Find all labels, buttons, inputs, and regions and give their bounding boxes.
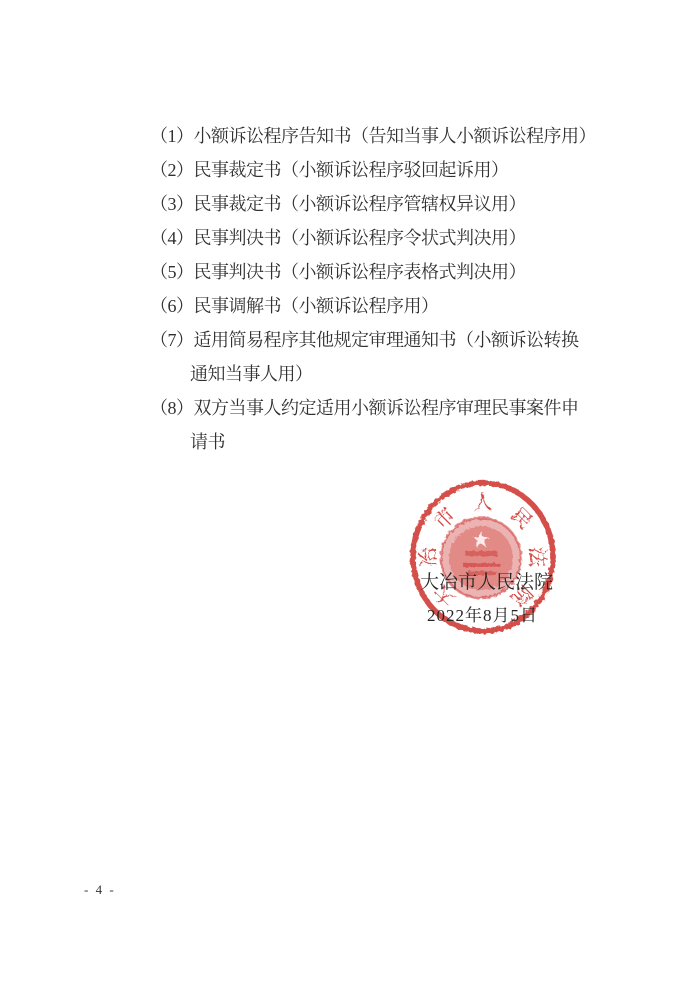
list-item: （1）小额诉讼程序告知书（告知当事人小额诉讼程序用） [150,119,625,153]
list-item-text: （1）小额诉讼程序告知书（告知当事人小额诉讼程序用） [150,119,625,153]
list-item-text: （5）民事判决书（小额诉讼程序表格式判决用） [150,255,625,289]
list-item: （5）民事判决书（小额诉讼程序表格式判决用） [150,255,625,289]
seal-rim-char: 冶 [417,546,440,567]
list-item-text: （8）双方当事人约定适用小额诉讼程序审理民事案件申 [150,391,625,425]
document-list: （1）小额诉讼程序告知书（告知当事人小额诉讼程序用） （2）民事裁定书（小额诉讼… [150,119,625,459]
list-item-text: （4）民事判决书（小额诉讼程序令状式判决用） [150,221,625,255]
list-item-text-continuation: 请书 [190,425,625,459]
list-item-text-continuation: 通知当事人用） [190,357,625,391]
list-item: （2）民事裁定书（小额诉讼程序驳回起诉用） [150,153,625,187]
court-name: 大冶市人民法院 [420,567,553,594]
list-item-text: （7）适用简易程序其他规定审理通知书（小额诉讼转换 [150,323,625,357]
signature-date: 2022年8月5日 [427,601,538,626]
list-item-text: （2）民事裁定书（小额诉讼程序驳回起诉用） [150,153,625,187]
list-item: （7）适用简易程序其他规定审理通知书（小额诉讼转换 通知当事人用） [150,323,625,391]
page-number: - 4 - [84,882,116,898]
list-item: （8）双方当事人约定适用小额诉讼程序审理民事案件申 请书 [150,391,625,459]
list-item-text: （3）民事裁定书（小额诉讼程序管辖权异议用） [150,187,625,221]
seal-rim-char: 人 [473,491,493,514]
list-item: （3）民事裁定书（小额诉讼程序管辖权异议用） [150,187,625,221]
document-page: （1）小额诉讼程序告知书（告知当事人小额诉讼程序用） （2）民事裁定书（小额诉讼… [0,0,700,988]
list-item: （6）民事调解书（小额诉讼程序用） [150,289,625,323]
seal-rim-char: 法 [526,547,549,568]
list-item: （4）民事判决书（小额诉讼程序令状式判决用） [150,221,625,255]
list-item-text: （6）民事调解书（小额诉讼程序用） [150,289,625,323]
